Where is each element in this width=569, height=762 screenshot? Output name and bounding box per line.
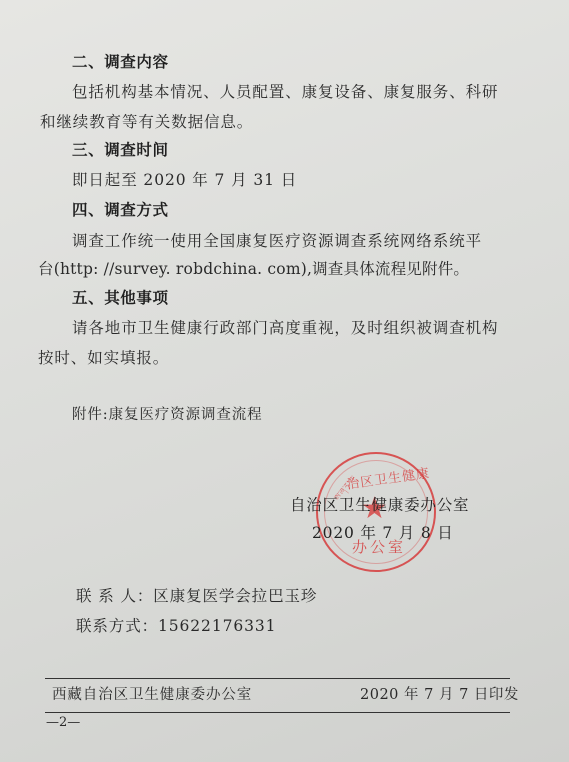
contact-person-label: 联 系 人：	[76, 587, 153, 605]
contact-phone-label: 联系方式：	[76, 617, 158, 635]
survey-url-line: 台(http: //survey. robdchina. com),调查具体流程…	[38, 259, 469, 279]
attachment-note: 附件:康复医疗资源调查流程	[72, 405, 263, 425]
section-paragraph-line: 和继续教育等有关数据信息。	[40, 112, 253, 132]
section-paragraph-line: 请各地市卫生健康行政部门高度重视，及时组织被调查机构	[72, 318, 498, 338]
section-paragraph-line: 包括机构基本情况、人员配置、康复设备、康复服务、科研	[72, 82, 498, 102]
contact-person-value: 区康复医学会拉巴玉珍	[153, 587, 317, 605]
signature-issuer: 自治区卫生健康委办公室	[290, 495, 469, 515]
contact-phone: 联系方式：15622176331	[76, 616, 276, 636]
contact-phone-value: 15622176331	[158, 617, 276, 635]
section-paragraph-line: 按时、如实填报。	[38, 348, 169, 368]
footer-bottom-rule	[45, 712, 510, 713]
section-heading-content: 二、调查内容	[72, 52, 169, 72]
footer-print-date: 2020 年 7 月 7 日印发	[360, 685, 519, 705]
footer-issuer: 西藏自治区卫生健康委办公室	[52, 685, 252, 705]
section-heading-method: 四、调查方式	[72, 200, 169, 220]
section-heading-other: 五、其他事项	[72, 288, 169, 308]
footer-top-rule	[45, 678, 510, 679]
document-page: 二、调查内容 包括机构基本情况、人员配置、康复设备、康复服务、科研 和继续教育等…	[0, 0, 569, 762]
section-paragraph-line: 调查工作统一使用全国康复医疗资源调查系统网络系统平	[72, 231, 482, 251]
page-number: —2—	[46, 713, 80, 733]
signature-date: 2020 年 7 月 8 日	[312, 523, 454, 543]
section-paragraph-line: 即日起至 2020 年 7 月 31 日	[72, 170, 297, 190]
section-heading-time: 三、调查时间	[72, 140, 169, 160]
contact-person: 联 系 人：区康复医学会拉巴玉珍	[76, 586, 317, 606]
